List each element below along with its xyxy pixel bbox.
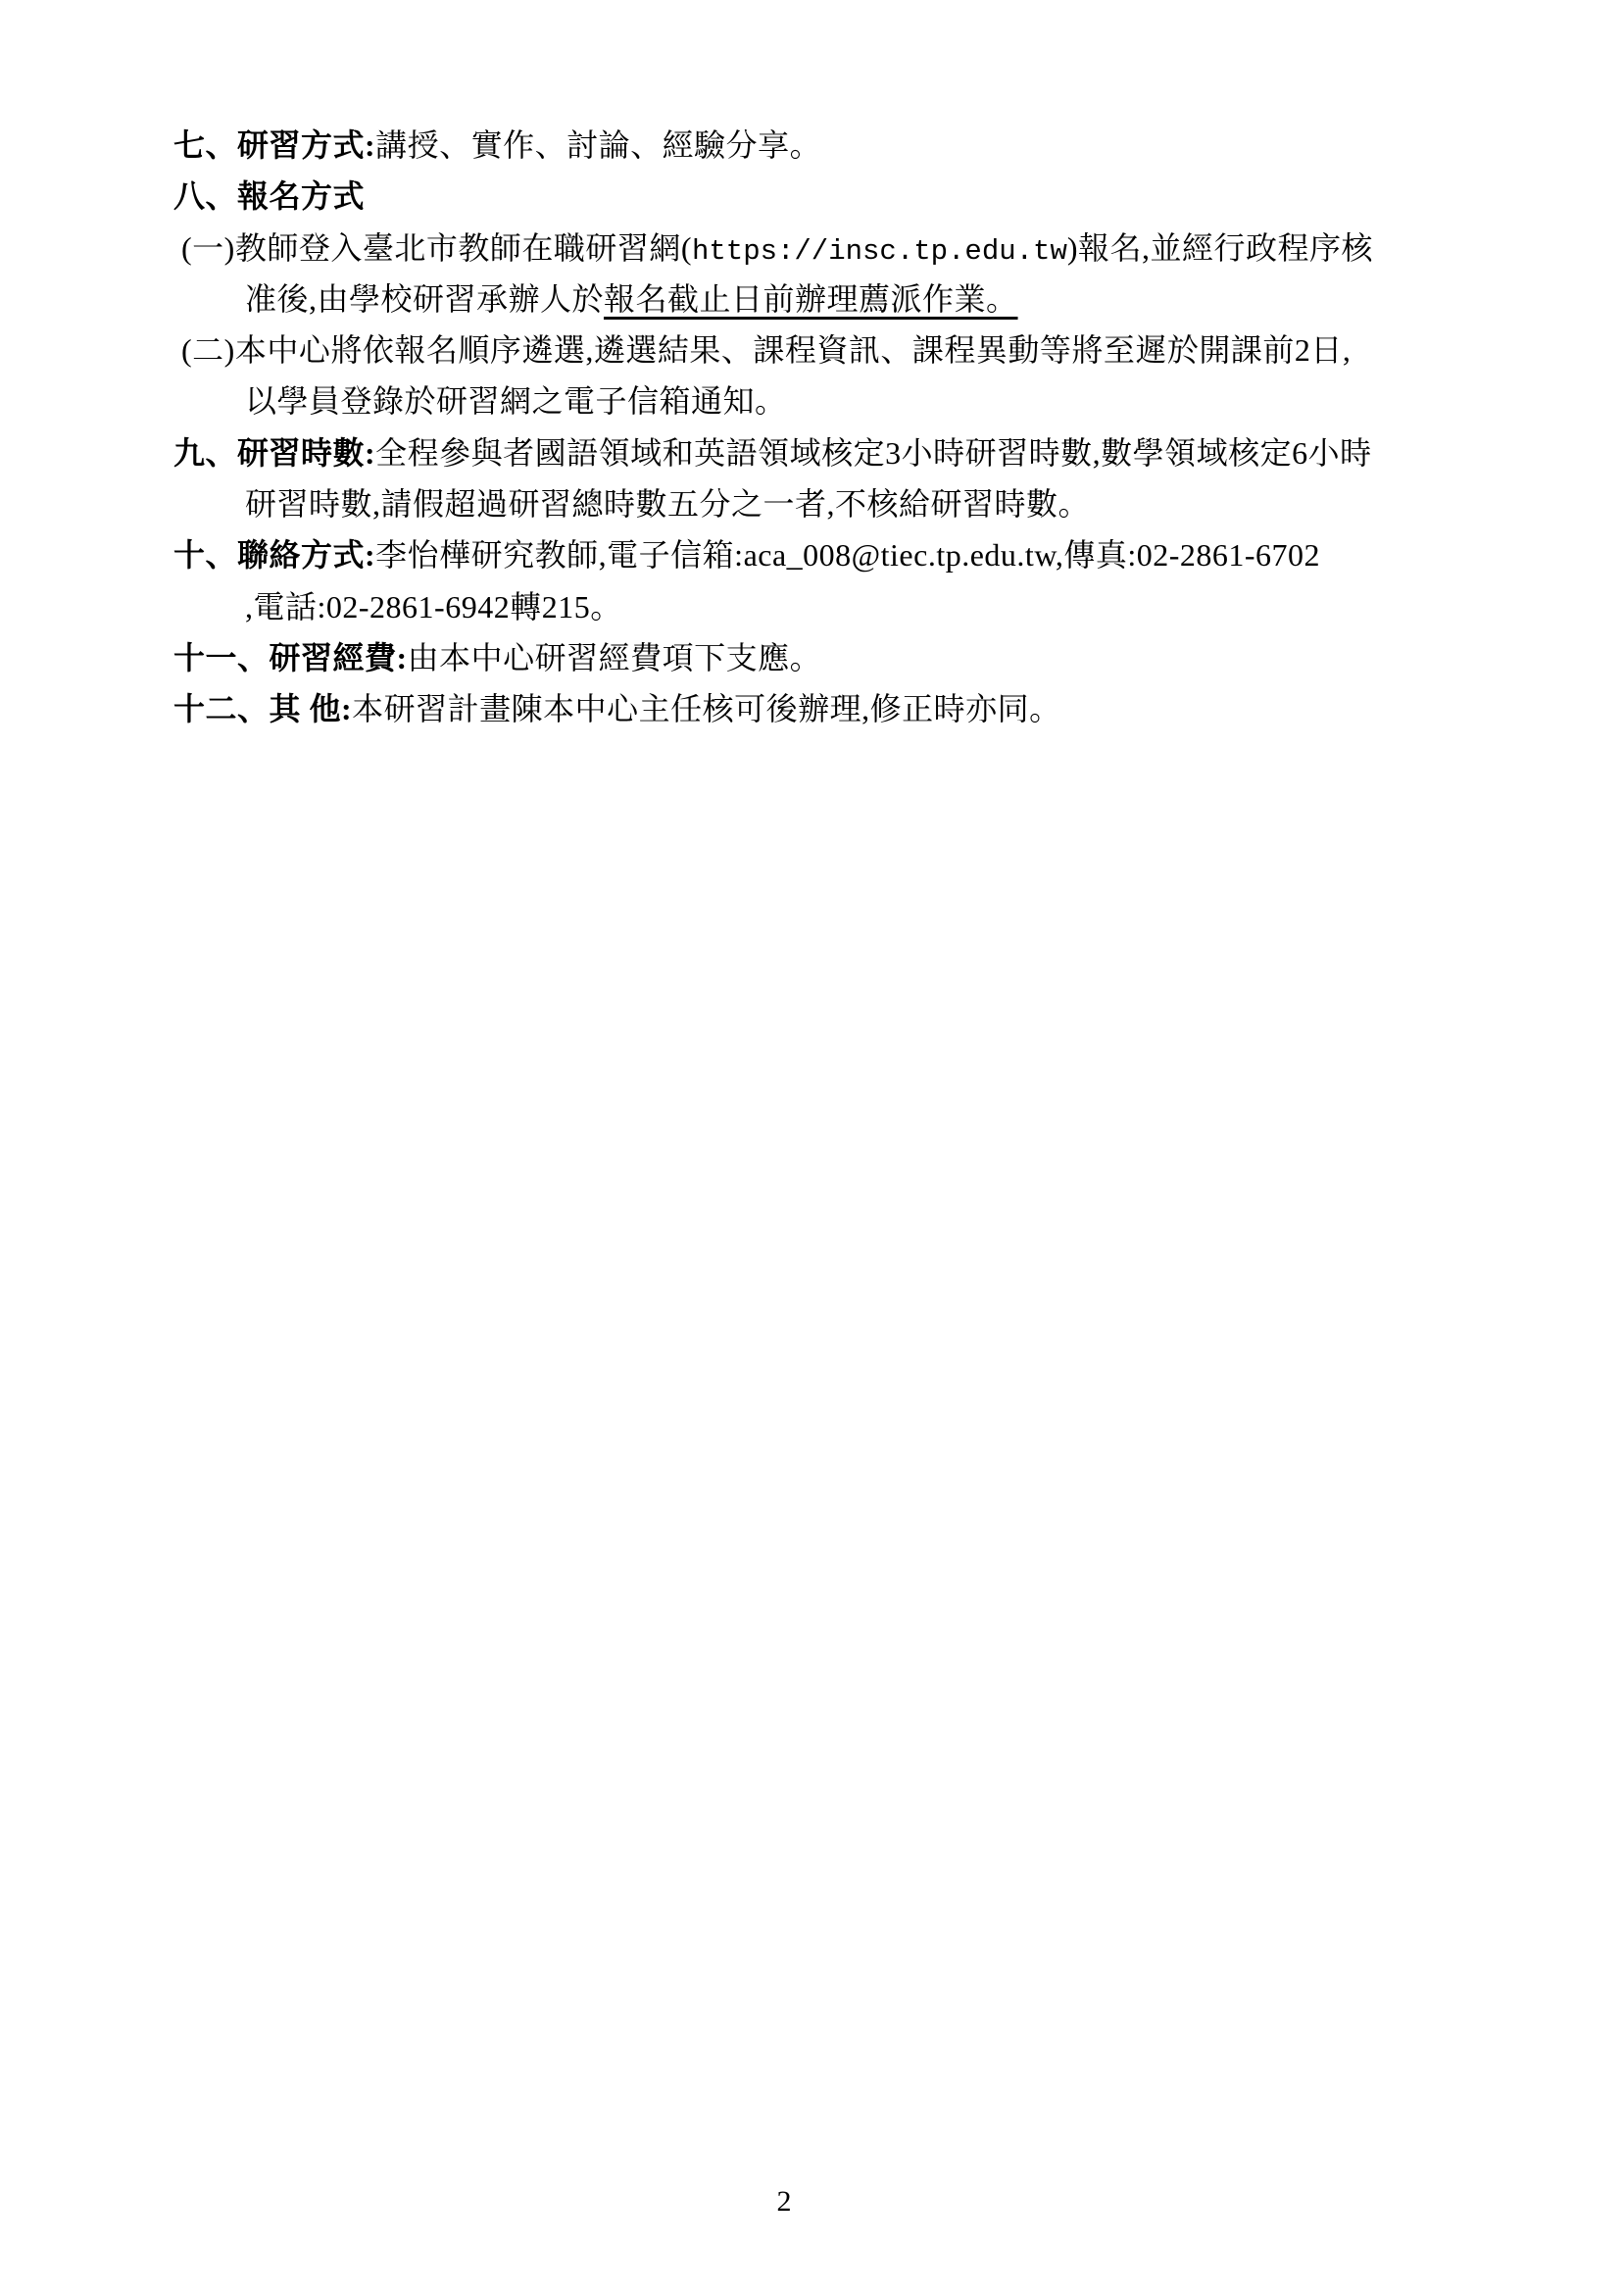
item-10-contact-line-1: 十、聯絡方式:李怡樺研究教師,電子信箱:aca_008@tiec.tp.edu.… xyxy=(173,529,1477,580)
item-12-text: 本研習計畫陳本中心主任核可後辦理,修正時亦同。 xyxy=(352,691,1061,726)
item-10-cont-text: ,電話:02-2861-6942轉215。 xyxy=(245,589,622,624)
item-9-training-hours-line-1: 九、研習時數:全程參與者國語領域和英語領域核定3小時研習時數,數學領域核定6小時 xyxy=(173,427,1477,478)
item-8-sub-2-text: (二)本中心將依報名順序遴選,遴選結果、課程資訊、課程異動等將至遲於開課前2日, xyxy=(181,332,1351,368)
item-9-training-hours-line-2: 研習時數,請假超過研習總時數五分之一者,不核給研習時數。 xyxy=(173,478,1477,529)
item-11-text: 由本中心研習經費項下支應。 xyxy=(408,640,822,675)
item-8-sub-1-line-1: (一)教師登入臺北市教師在職研習網(https://insc.tp.edu.tw… xyxy=(173,223,1477,274)
item-8-label: 八、報名方式 xyxy=(173,178,365,214)
item-8-sub-1-line-2: 准後,由學校研習承辦人於報名截止日前辦理薦派作業。 xyxy=(173,274,1477,324)
item-11-budget: 十一、研習經費:由本中心研習經費項下支應。 xyxy=(173,632,1477,683)
item-8-registration-heading: 八、報名方式 xyxy=(173,171,1477,222)
item-9-label: 九、研習時數: xyxy=(173,435,375,471)
item-8-sub-2-cont-text: 以學員登錄於研習網之電子信箱通知。 xyxy=(245,383,787,419)
item-11-label: 十一、研習經費: xyxy=(173,640,408,675)
item-8-sub-1-pre: (一)教師登入臺北市教師在職研習網( xyxy=(181,230,692,266)
document-body: 七、研習方式:講授、實作、討論、經驗分享。 八、報名方式 (一)教師登入臺北市教… xyxy=(173,120,1477,735)
registration-url: https://insc.tp.edu.tw xyxy=(692,235,1067,268)
page-number: 2 xyxy=(0,2184,1568,2220)
item-8-sub-2-line-2: 以學員登錄於研習網之電子信箱通知。 xyxy=(173,375,1477,426)
item-10-text: 李怡樺研究教師,電子信箱:aca_008@tiec.tp.edu.tw,傳真:0… xyxy=(375,537,1320,573)
document-page: 七、研習方式:講授、實作、討論、經驗分享。 八、報名方式 (一)教師登入臺北市教… xyxy=(0,0,1623,2296)
item-12-other: 十二、其 他:本研習計畫陳本中心主任核可後辦理,修正時亦同。 xyxy=(173,683,1477,734)
item-7-training-method: 七、研習方式:講授、實作、討論、經驗分享。 xyxy=(173,120,1477,171)
item-10-label: 十、聯絡方式: xyxy=(173,537,375,573)
item-8-sub-1-cont-pre: 准後,由學校研習承辦人於 xyxy=(245,281,604,317)
item-7-text: 講授、實作、討論、經驗分享。 xyxy=(375,127,821,163)
item-8-sub-1-post: )報名,並經行政程序核 xyxy=(1067,230,1373,266)
item-10-contact-line-2: ,電話:02-2861-6942轉215。 xyxy=(173,581,1477,632)
item-9-text: 全程參與者國語領域和英語領域核定3小時研習時數,數學領域核定6小時 xyxy=(375,435,1372,471)
item-8-sub-2-line-1: (二)本中心將依報名順序遴選,遴選結果、課程資訊、課程異動等將至遲於開課前2日, xyxy=(173,324,1477,375)
item-9-cont-text: 研習時數,請假超過研習總時數五分之一者,不核給研習時數。 xyxy=(245,486,1090,522)
deadline-underlined-text: 報名截止日前辦理薦派作業。 xyxy=(604,281,1018,317)
item-7-label: 七、研習方式: xyxy=(173,127,375,163)
item-12-label: 十二、其 他: xyxy=(173,691,352,726)
